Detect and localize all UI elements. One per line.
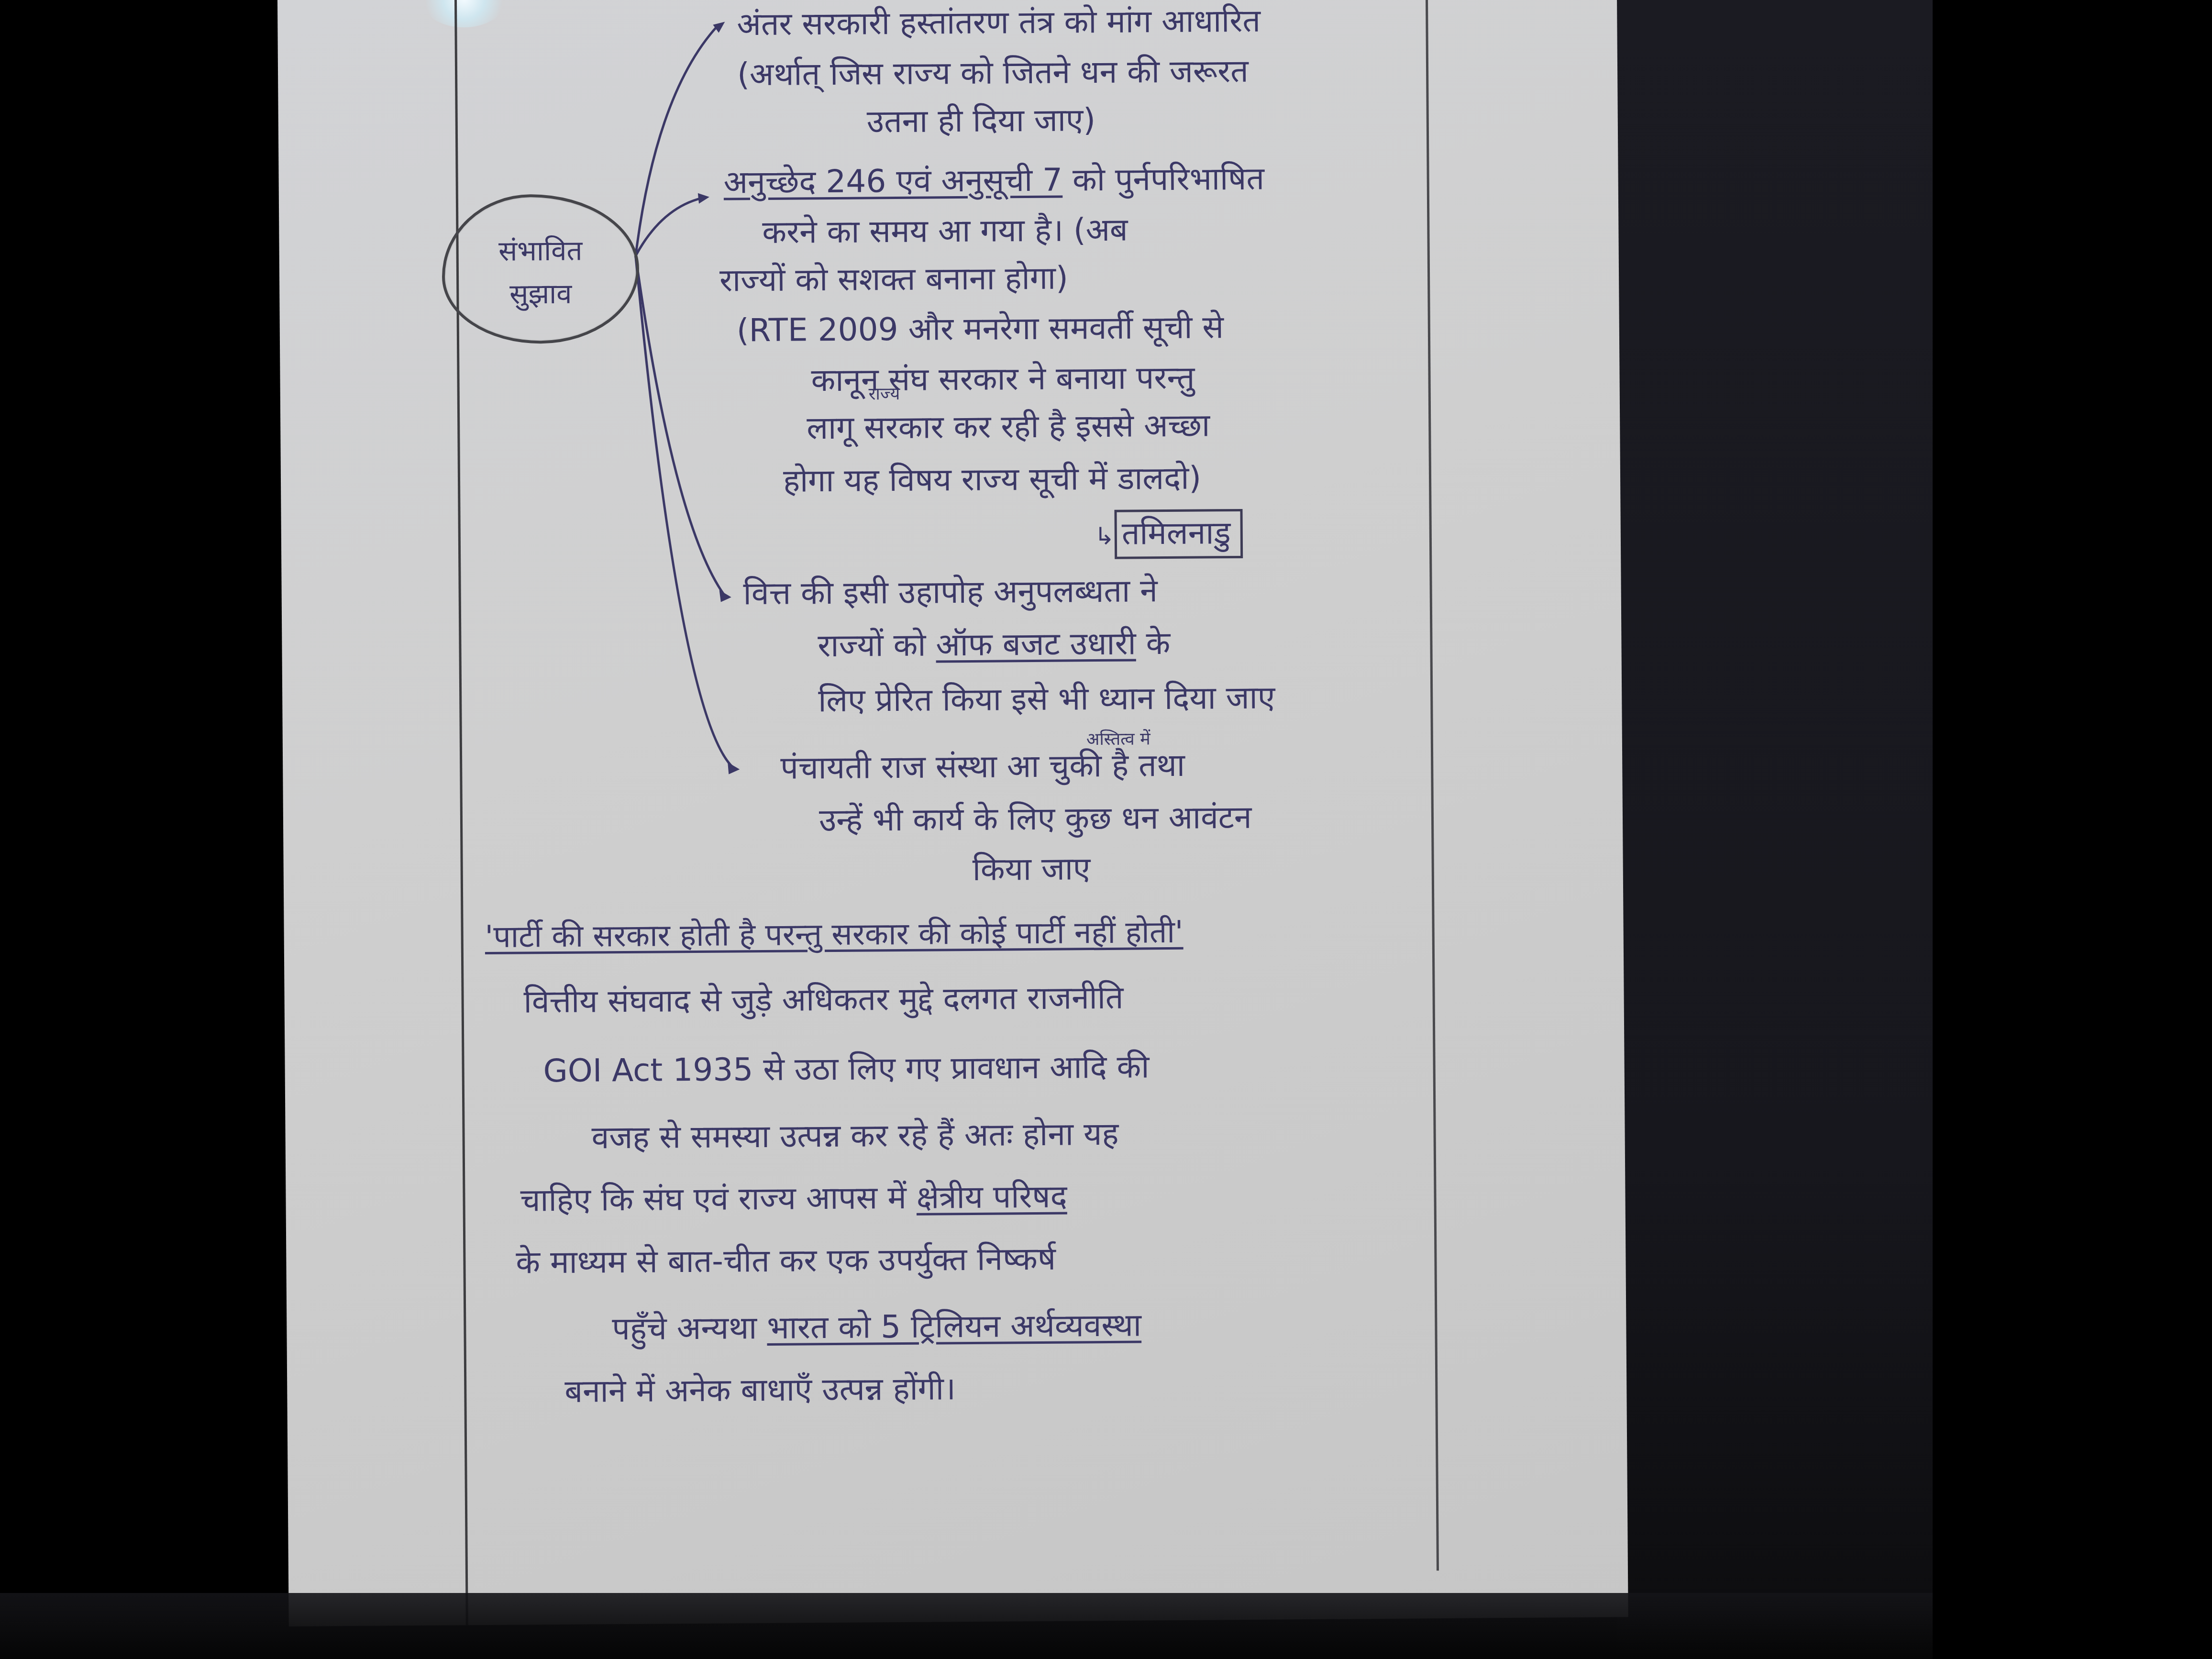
conclusion-line4: चाहिए कि संघ एवं राज्य आपस में क्षेत्रीय… <box>520 1181 1067 1217</box>
conclusion-line6: पहुँचे अन्यथा भारत को 5 ट्रिलियन अर्थव्य… <box>612 1309 1141 1345</box>
conclusion-line5: के माध्यम से बात-चीत कर एक उपर्युक्त निष… <box>516 1243 1056 1279</box>
conclusion-line7: बनाने में अनेक बाधाएँ उत्पन्न होंगी। <box>564 1373 956 1407</box>
branch2-boxed-note: ↳तमिलनाडु <box>1095 517 1243 550</box>
cloud-label-line2: सुझाव <box>445 273 637 312</box>
cloud-label-line1: संभावित <box>444 230 636 269</box>
conclusion-underline-economy: भारत को 5 ट्रिलियन अर्थव्यवस्था <box>767 1306 1141 1346</box>
bottom-shadow <box>0 1593 1933 1659</box>
branch2-line1: अनुच्छेद 246 एवं अनुसूची 7 को पुर्नपरिभा… <box>723 163 1264 199</box>
notebook-page: संभावित सुझाव अंतर सरकारी हस्तांतरण तंत्… <box>277 0 1628 1626</box>
branch1-line3: उतना ही दिया जाए) <box>867 104 1096 137</box>
branch1-line1: अंतर सरकारी हस्तांतरण तंत्र को मांग आधार… <box>737 5 1261 41</box>
conclusion-line4-start: चाहिए कि संघ एवं राज्य आपस में <box>520 1179 917 1219</box>
arrow-corner-icon: ↳ <box>1095 522 1115 550</box>
background-dark-surface <box>1617 0 1933 1659</box>
branch3-line3: लिए प्रेरित किया इसे भी ध्यान दिया जाए <box>818 682 1275 717</box>
branch2-line2: करने का समय आ गया है। (अब <box>762 214 1128 248</box>
conclusion-underline-council: क्षेत्रीय परिषद <box>916 1178 1067 1216</box>
conclusion-line1: वित्तीय संघवाद से जुड़े अधिकतर मुद्दे दल… <box>523 982 1123 1018</box>
branch4-insert-above: अस्तित्व में <box>1086 730 1150 748</box>
branch2-line6: लागू सरकार कर रही है इससे अच्छा <box>807 409 1210 444</box>
conclusion-quote: 'पार्टी की सरकार होती है परन्तु सरकार की… <box>485 917 1183 952</box>
conclusion-line6-start: पहुँचे अन्यथा <box>612 1309 767 1347</box>
branch2-underlined-article: अनुच्छेद 246 एवं अनुसूची 7 <box>723 162 1062 201</box>
branch3-line1: वित्त की इसी उहापोह अनुपलब्धता ने <box>743 575 1158 609</box>
branch4-line3: किया जाए <box>972 853 1090 885</box>
branch4-line1: पंचायती राज संस्था आ चुकी है तथा <box>780 750 1185 784</box>
branch1-line2: (अर्थात् जिस राज्य को जितने धन की जरूरत <box>737 55 1249 90</box>
branch2-line4: (RTE 2009 और मनरेगा समवर्ती सूची से <box>737 311 1224 346</box>
branch2-line3: राज्यों को सशक्त बनाना होगा) <box>719 262 1068 296</box>
branch3-underlined: ऑफ बजट उधारी <box>936 625 1136 664</box>
branch3-line2-start: राज्यों को <box>818 626 936 664</box>
conclusion-line2: GOI Act 1935 से उठा लिए गए प्रावधान आदि … <box>543 1051 1149 1087</box>
branch3-line2: राज्यों को ऑफ बजट उधारी के <box>818 628 1170 662</box>
branch2-insert-above: राज्य <box>869 386 900 403</box>
branch2-line1-rest: को पुर्नपरिभाषित <box>1073 160 1264 199</box>
branch3-line2-end: के <box>1136 625 1170 662</box>
conclusion-line3: वजह से समस्या उत्पन्न कर रहे हैं अतः होन… <box>591 1118 1118 1154</box>
branch4-line2: उन्हें भी कार्य के लिए कुछ धन आवंटन <box>819 802 1252 836</box>
branch2-line7: होगा यह विषय राज्य सूची में डालदो) <box>783 463 1202 497</box>
tamil-nadu-box: तमिलनाडु <box>1114 509 1243 559</box>
